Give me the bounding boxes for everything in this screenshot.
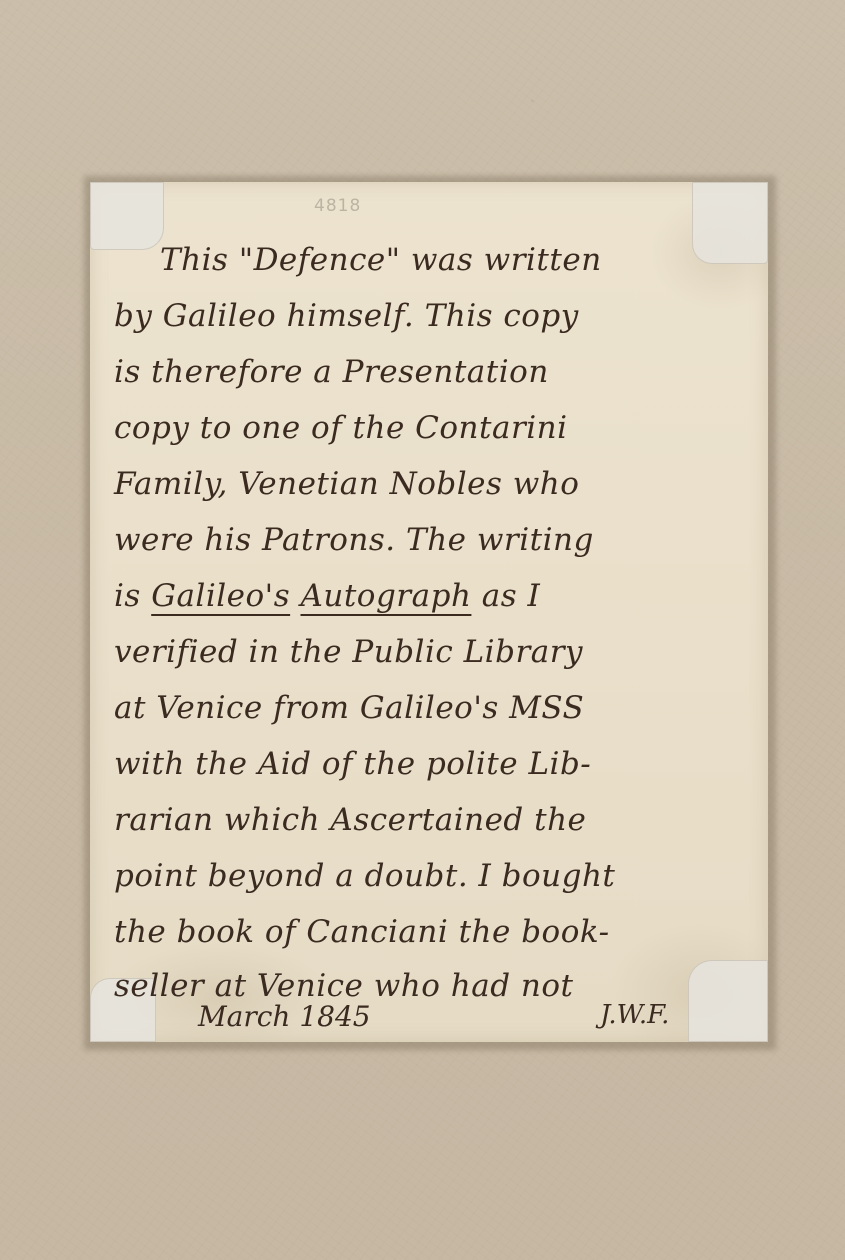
text-line-2: by Galileo himself. This copy xyxy=(114,298,579,334)
text-line-3: is therefore a Presentation xyxy=(114,354,549,390)
date: March 1845 xyxy=(198,1000,371,1033)
text-line-11: rarian which Ascertained the xyxy=(114,802,586,838)
signature-initials: J.W.F. xyxy=(600,1000,669,1030)
text-line-12: point beyond a doubt. I bought xyxy=(114,858,615,894)
text-line-13: the book of Canciani the book- xyxy=(114,914,610,950)
mount-board: 4818 This "Defence" was written by Galil… xyxy=(0,0,845,1260)
handwritten-note: 4818 This "Defence" was written by Galil… xyxy=(90,182,768,1042)
hinge-tape-bottom-right xyxy=(688,960,768,1042)
text-line-9: at Venice from Galileo's MSS xyxy=(114,690,584,726)
text-line-5: Family, Venetian Nobles who xyxy=(114,466,579,502)
hinge-tape-top-left xyxy=(90,182,164,250)
underlined-galileos: Galileo's xyxy=(151,578,290,614)
text-line-1: This "Defence" was written xyxy=(160,242,602,278)
underlined-autograph: Autograph xyxy=(300,578,471,614)
text-line-4: copy to one of the Contarini xyxy=(114,410,568,446)
text-line-8: verified in the Public Library xyxy=(114,634,583,670)
text-line-14: seller at Venice who had not xyxy=(114,968,573,1004)
text-line-10: with the Aid of the polite Lib- xyxy=(114,746,591,782)
catalog-mark: 4818 xyxy=(314,196,361,216)
text-as-i: as I xyxy=(482,578,541,614)
text-is: is xyxy=(114,578,141,614)
text-line-7: is Galileo's Autograph as I xyxy=(114,578,540,614)
text-line-6: were his Patrons. The writing xyxy=(114,522,594,558)
hinge-tape-top-right xyxy=(692,182,768,264)
